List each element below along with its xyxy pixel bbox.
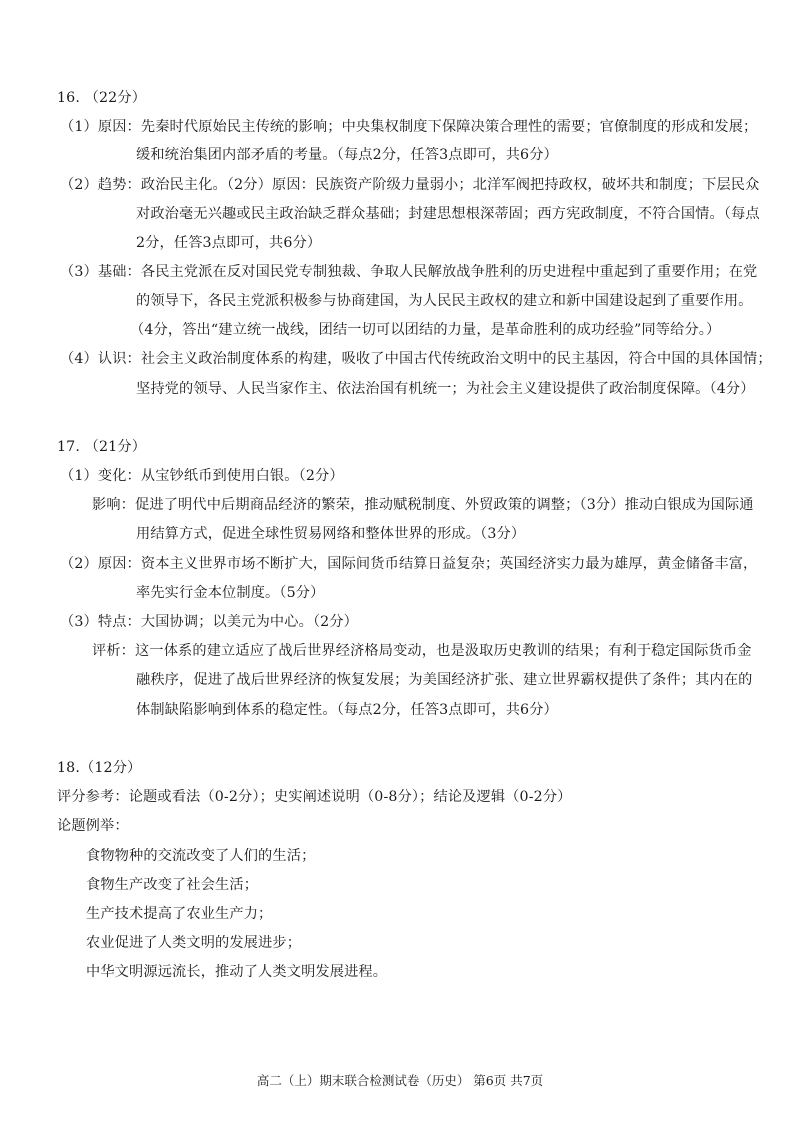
q16-part2-line2: 对政治毫无兴趣或民主政治缺乏群众基础；封建思想根深蒂固；西方宪政制度，不符合国情… bbox=[136, 205, 760, 223]
q16-part3-note: （4分，答出“建立统一战线，团结一切可以团结的力量，是革命胜利的成功经验”同等给… bbox=[130, 321, 720, 339]
q18-example-item: 食物物种的交流改变了人们的生活； bbox=[86, 847, 315, 865]
q17-part1-impact-line1: 影响：促进了明代中后期商品经济的繁荣，推动赋税制度、外贸政策的调整；（3分）推动… bbox=[92, 496, 754, 514]
q16-part4-line1: （4）认识：社会主义政治制度体系的构建，吸收了中国古代传统政治文明中的民主基因，… bbox=[60, 350, 772, 368]
q16-part4-line2: 坚持党的领导、人民当家作主、依法治国有机统一；为社会主义建设提供了政治制度保障。… bbox=[136, 380, 755, 398]
q17-part3-eval-line2: 融秩序，促进了战后世界经济的恢复发展；为美国经济扩张、建立世界霸权提供了条件；其… bbox=[136, 671, 753, 689]
q18-example-item: 中华文明源远流长，推动了人类文明发展进程。 bbox=[86, 963, 387, 981]
q18-example-item: 农业促进了人类文明的发展进步； bbox=[86, 934, 301, 952]
q17-part2-line2: 率先实行金本位制度。（5分） bbox=[136, 584, 324, 602]
q17-part3-eval-line3: 体制缺陷影响到体系的稳定性。（每点2分，任答3点即可，共6分） bbox=[136, 701, 558, 719]
q17-title: 17. （21分） bbox=[57, 438, 146, 456]
q17-part1-impact-line2: 用结算方式，促进全球性贸易网络和整体世界的形成。（3分） bbox=[136, 525, 525, 543]
q16-part2-line1: （2）趋势：政治民主化。（2分）原因：民族资产阶级力量弱小；北洋军阀把持政权，破… bbox=[60, 176, 759, 194]
q16-part1-line2: 缓和统治集团内部矛盾的考量。（每点2分，任答3点即可，共6分） bbox=[136, 146, 558, 164]
q17-part3-eval-line1: 评析：这一体系的建立适应了战后世界经济格局变动，也是汲取历史教训的结果；有利于稳… bbox=[92, 642, 752, 660]
q18-scoring: 评分参考：论题或看法（0-2分）；史实阐述说明（0-8分）；结论及逻辑（0-2分… bbox=[57, 788, 572, 806]
q17-part1-change: （1）变化：从宝钞纸币到使用白银。（2分） bbox=[60, 467, 344, 485]
q16-part2-line3: 2分，任答3点即可，共6分） bbox=[136, 234, 321, 252]
q18-example-item: 生产技术提高了农业生产力； bbox=[86, 905, 272, 923]
q16-part3-line1: （3）基础：各民主党派在反对国民党专制独裁、争取人民解放战争胜利的历史进程中重起… bbox=[60, 263, 757, 281]
q18-example-item: 食物生产改变了社会生活； bbox=[86, 876, 258, 894]
q18-title: 18.（12分） bbox=[57, 759, 141, 777]
page-footer: 高二（上）期末联合检测试卷（历史） 第6页 共7页 bbox=[0, 1071, 800, 1089]
q16-part3-line2: 的领导下，各民主党派积极参与协商建国，为人民民主政权的建立和新中国建设起到了重要… bbox=[136, 292, 753, 310]
q17-part2-line1: （2）原因：资本主义世界市场不断扩大，国际间货币结算日益复杂；英国经济实力最为雄… bbox=[60, 555, 757, 573]
q16-part1-line1: （1）原因：先秦时代原始民主传统的影响；中央集权制度下保障决策合理性的需要；官僚… bbox=[60, 118, 757, 136]
q17-part3-feature: （3）特点：大国协调；以美元为中心。（2分） bbox=[60, 613, 358, 631]
q16-title: 16. （22分） bbox=[57, 89, 146, 107]
q18-examples-label: 论题例举： bbox=[57, 817, 129, 835]
